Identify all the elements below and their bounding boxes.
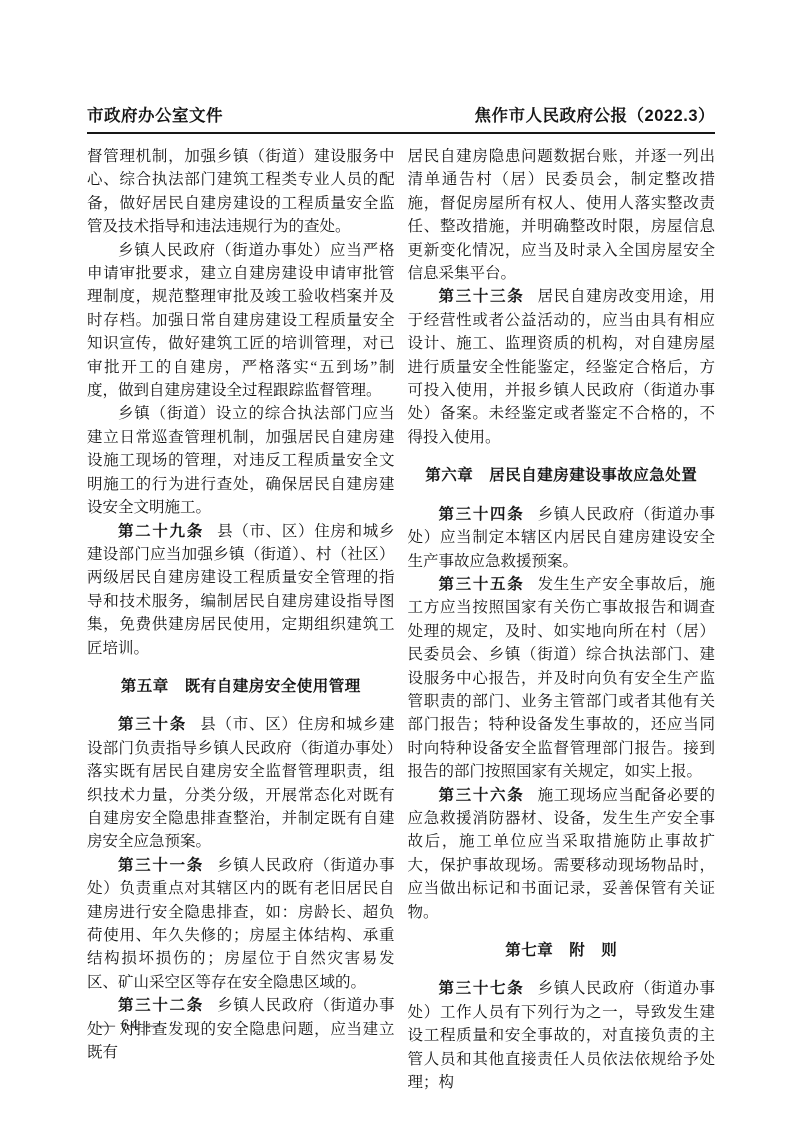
- article-number: 第三十六条: [439, 787, 525, 804]
- paragraph-text: 县（市、区）住房和城乡建设部门应当加强乡镇（街道）、村（社区）两级居民自建房建设…: [87, 523, 395, 657]
- paragraph: 第三十四条乡镇人民政府（街道办事处）应当制定本辖区内居民自建房建设安全生产事故应…: [408, 503, 716, 573]
- paragraph-text: 督管理机制，加强乡镇（街道）建设服务中心、综合执法部门建筑工程类专业人员的配备，…: [87, 148, 395, 235]
- right-column: 居民自建房隐患问题数据台账，并逐一列出清单通告村（居）民委员会，制定整改措施，督…: [408, 145, 716, 1094]
- paragraph: 第三十一条乡镇人民政府（街道办事处）负责重点对其辖区内的既有老旧居民自建房进行安…: [87, 854, 395, 994]
- paragraph-text: 乡镇人民政府（街道办事处）负责重点对其辖区内的既有老旧居民自建房进行安全隐患排查…: [87, 857, 395, 991]
- article-number: 第二十九条: [118, 523, 204, 540]
- left-column: 督管理机制，加强乡镇（街道）建设服务中心、综合执法部门建筑工程类专业人员的配备，…: [87, 145, 395, 1094]
- paragraph-text: 发生生产安全事故后，施工方应当按照国家有关伤亡事故报告和调查处理的规定，及时、如…: [408, 576, 716, 780]
- document-body: 督管理机制，加强乡镇（街道）建设服务中心、综合执法部门建筑工程类专业人员的配备，…: [87, 145, 715, 1094]
- article-number: 第三十条: [118, 716, 187, 733]
- chapter-heading-text: 第七章 附 则: [505, 942, 617, 959]
- paragraph: 第三十五条发生生产安全事故后，施工方应当按照国家有关伤亡事故报告和调查处理的规定…: [408, 573, 716, 784]
- article-number: 第三十七条: [439, 980, 525, 997]
- paragraph-text: 乡镇人民政府（街道办事处）应当严格申请审批要求，建立自建房建设申请审批管理制度，…: [87, 242, 395, 399]
- paragraph: 第三十六条施工现场应当配备必要的应急救援消防器材、设备，发生生产安全事故后，施工…: [408, 784, 716, 924]
- article-number: 第三十一条: [118, 857, 204, 874]
- article-number: 第三十五条: [439, 576, 525, 593]
- paragraph: 第三十三条居民自建房改变用途，用于经营性或者公益活动的，应当由具有相应设计、施工…: [408, 285, 716, 449]
- chapter-heading-text: 第六章 居民自建房建设事故应急处置: [425, 467, 697, 484]
- paragraph-text: 县（市、区）住房和城乡建设部门负责指导乡镇人民政府（街道办事处）落实既有居民自建…: [87, 716, 395, 850]
- header-left-title: 市政府办公室文件: [87, 106, 223, 126]
- page-footer: — 64 —: [99, 1016, 161, 1036]
- chapter-heading: 第六章 居民自建房建设事故应急处置: [408, 464, 716, 487]
- paragraph: 居民自建房隐患问题数据台账，并逐一列出清单通告村（居）民委员会，制定整改措施，督…: [408, 145, 716, 285]
- header-rule: [87, 132, 715, 134]
- article-number: 第三十四条: [439, 506, 525, 523]
- paragraph-text: 居民自建房改变用途，用于经营性或者公益活动的，应当由具有相应设计、施工、监理资质…: [408, 288, 716, 445]
- paragraph-text: 居民自建房隐患问题数据台账，并逐一列出清单通告村（居）民委员会，制定整改措施，督…: [408, 148, 716, 282]
- article-number: 第三十二条: [118, 997, 204, 1014]
- paragraph: 第三十七条乡镇人民政府（街道办事处）工作人员有下列行为之一，导致发生建设工程质量…: [408, 977, 716, 1094]
- page-number: — 64 —: [99, 1017, 161, 1034]
- document-page: 市政府办公室文件 焦作市人民政府公报（2022.3） 督管理机制，加强乡镇（街道…: [0, 0, 793, 1122]
- article-number: 第三十三条: [439, 288, 525, 305]
- chapter-heading: 第七章 附 则: [408, 939, 716, 962]
- paragraph: 第二十九条县（市、区）住房和城乡建设部门应当加强乡镇（街道）、村（社区）两级居民…: [87, 520, 395, 660]
- paragraph: 督管理机制，加强乡镇（街道）建设服务中心、综合执法部门建筑工程类专业人员的配备，…: [87, 145, 395, 239]
- paragraph-text: 乡镇人民政府（街道办事处）工作人员有下列行为之一，导致发生建设工程质量和安全事故…: [408, 980, 716, 1091]
- header-right-title: 焦作市人民政府公报（2022.3）: [475, 106, 715, 126]
- chapter-heading: 第五章 既有自建房安全使用管理: [87, 675, 395, 698]
- paragraph-text: 乡镇（街道）设立的综合执法部门应当建立日常巡查管理机制，加强居民自建房建设施工现…: [87, 405, 395, 516]
- page-header: 市政府办公室文件 焦作市人民政府公报（2022.3）: [87, 106, 715, 126]
- paragraph-text: 施工现场应当配备必要的应急救援消防器材、设备，发生生产安全事故后，施工单位应当采…: [408, 787, 716, 921]
- paragraph: 乡镇（街道）设立的综合执法部门应当建立日常巡查管理机制，加强居民自建房建设施工现…: [87, 402, 395, 519]
- paragraph: 乡镇人民政府（街道办事处）应当严格申请审批要求，建立自建房建设申请审批管理制度，…: [87, 239, 395, 403]
- paragraph: 第三十条县（市、区）住房和城乡建设部门负责指导乡镇人民政府（街道办事处）落实既有…: [87, 713, 395, 853]
- chapter-heading-text: 第五章 既有自建房安全使用管理: [121, 678, 361, 695]
